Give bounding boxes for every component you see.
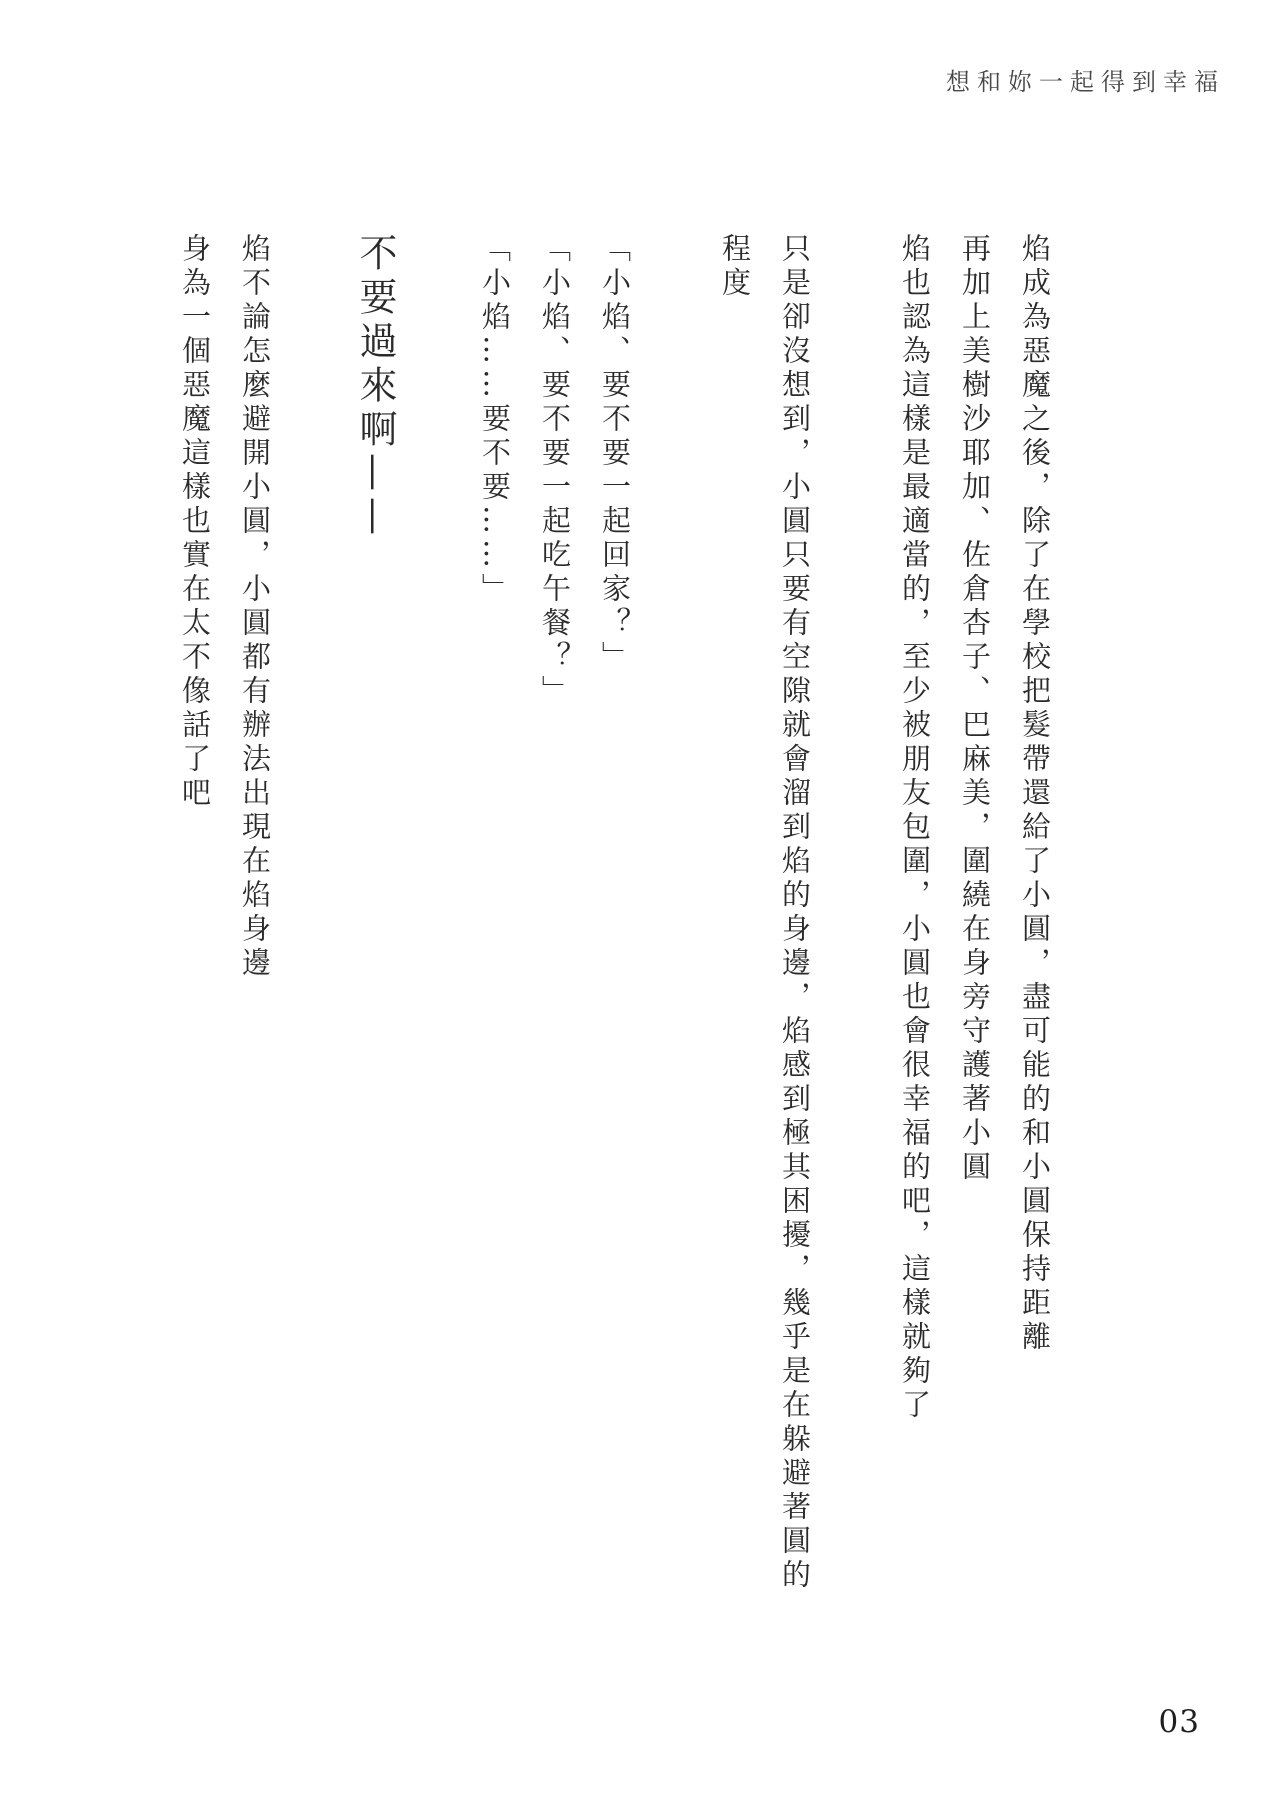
paragraph-7-dialogue: 「小焰……要不要……」 (465, 233, 525, 1598)
paragraph-3: 焰也認為這樣是最適當的，至少被朋友包圍，小圓也會很幸福的吧，這樣就夠了 (885, 233, 945, 1598)
paragraph-10: 身為一個惡魔這樣也實在太不像話了吧 (165, 233, 225, 1598)
paragraph-6-dialogue: 「小焰、要不要一起吃午餐？」 (525, 233, 585, 1598)
paragraph-5-dialogue: 「小焰、要不要一起回家？」 (585, 233, 645, 1598)
vertical-text-block: 焰成為惡魔之後，除了在學校把髮帶還給了小圓，盡可能的和小圓保持距離 再加上美樹沙… (165, 233, 1065, 1598)
running-head-title: 想和妳一起得到幸福 (946, 62, 1225, 97)
page-number: 03 (1159, 1704, 1200, 1740)
paragraph-9: 焰不論怎麼避開小圓，小圓都有辦法出現在焰身邊 (225, 233, 285, 1598)
book-page: 想和妳一起得到幸福 焰成為惡魔之後，除了在學校把髮帶還給了小圓，盡可能的和小圓保… (0, 0, 1280, 1816)
paragraph-2: 再加上美樹沙耶加、佐倉杏子、巴麻美，圍繞在身旁守護著小圓 (945, 233, 1005, 1598)
paragraph-8-emphasis: 不要過來啊—— (345, 233, 405, 1598)
paragraph-1: 焰成為惡魔之後，除了在學校把髮帶還給了小圓，盡可能的和小圓保持距離 (1005, 233, 1065, 1598)
paragraph-4: 只是卻沒想到，小圓只要有空隙就會溜到焰的身邊，焰感到極其困擾，幾乎是在躲避著圓的… (705, 233, 825, 1598)
